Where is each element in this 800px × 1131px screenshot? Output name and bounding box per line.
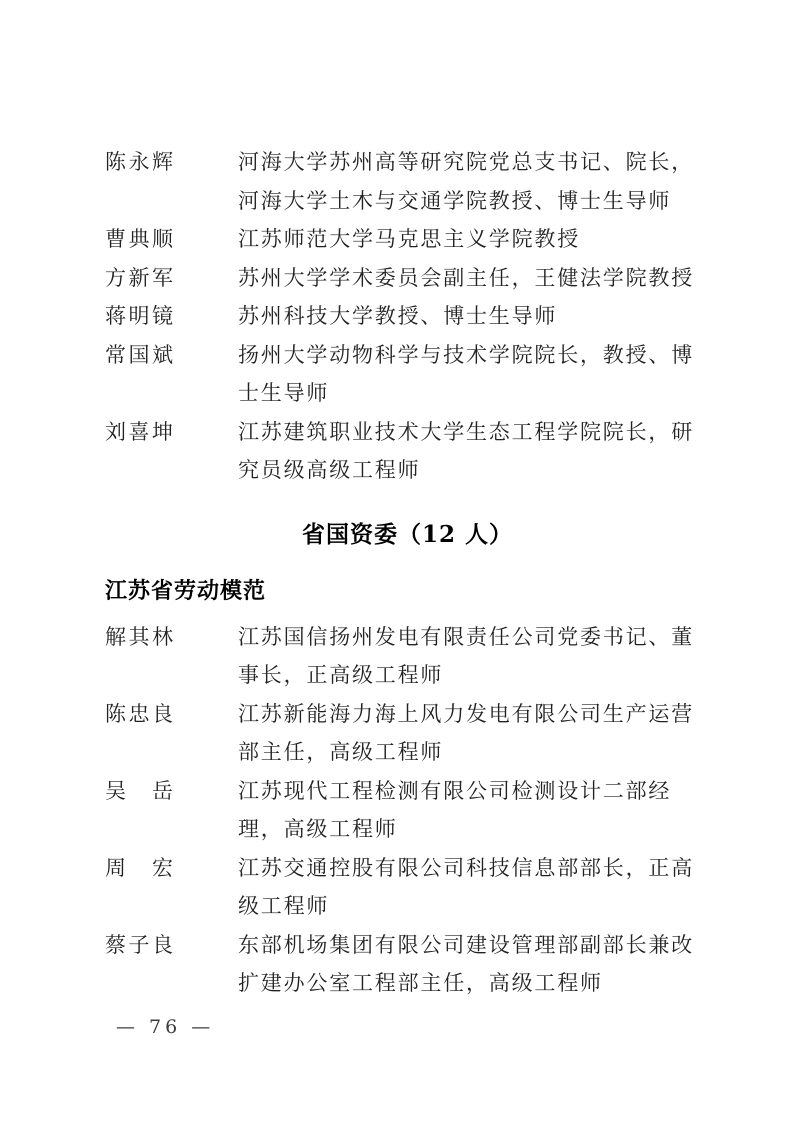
entry-description: 东部机场集团有限公司建设管理部副部长兼改 扩建办公室工程部主任，高级工程师: [238, 926, 710, 1003]
entry-name: 陈忠良: [105, 695, 238, 734]
entry-description-line: 江苏交通控股有限公司科技信息部部长，正高: [238, 849, 710, 888]
entry-description-line: 扬州大学动物科学与技术学院院长，教授、博: [238, 336, 710, 375]
entry: 陈忠良 江苏新能海力海上风力发电有限公司生产运营 部主任，高级工程师: [105, 695, 710, 772]
entry-name: 蒋明镜: [105, 297, 238, 336]
entry-description-line: 苏州大学学术委员会副主任，王健法学院教授: [238, 259, 710, 298]
entry-name: 周 宏: [105, 849, 238, 888]
entry-description-line: 究员级高级工程师: [238, 451, 710, 490]
page-content: 陈永辉 河海大学苏州高等研究院党总支书记、院长， 河海大学土木与交通学院教授、博…: [105, 143, 710, 1003]
entry-description: 江苏新能海力海上风力发电有限公司生产运营 部主任，高级工程师: [238, 695, 710, 772]
entry-name: 曹典顺: [105, 220, 238, 259]
entry-description-line: 江苏国信扬州发电有限责任公司党委书记、董: [238, 618, 710, 657]
entry-description-line: 江苏现代工程检测有限公司检测设计二部经: [238, 772, 710, 811]
section-heading: 省国资委（12 人）: [105, 516, 710, 555]
entry-description-line: 江苏建筑职业技术大学生态工程学院院长，研: [238, 413, 710, 452]
entry-description: 江苏国信扬州发电有限责任公司党委书记、董 事长，正高级工程师: [238, 618, 710, 695]
entry-name: 陈永辉: [105, 143, 238, 182]
entry-description: 河海大学苏州高等研究院党总支书记、院长， 河海大学土木与交通学院教授、博士生导师: [238, 143, 710, 220]
document-page: 陈永辉 河海大学苏州高等研究院党总支书记、院长， 河海大学土木与交通学院教授、博…: [0, 0, 800, 1131]
entry-list-universities: 陈永辉 河海大学苏州高等研究院党总支书记、院长， 河海大学土木与交通学院教授、博…: [105, 143, 710, 490]
entry: 蒋明镜 苏州科技大学教授、博士生导师: [105, 297, 710, 336]
entry-name: 蔡子良: [105, 926, 238, 965]
entry-name: 方新军: [105, 259, 238, 298]
entry-description-line: 级工程师: [238, 887, 710, 926]
entry: 吴 岳 江苏现代工程检测有限公司检测设计二部经 理，高级工程师: [105, 772, 710, 849]
entry-description: 江苏师范大学马克思主义学院教授: [238, 220, 710, 259]
entry: 方新军 苏州大学学术委员会副主任，王健法学院教授: [105, 259, 710, 298]
entry-description-line: 江苏新能海力海上风力发电有限公司生产运营: [238, 695, 710, 734]
entry-name: 解其林: [105, 618, 238, 657]
entry-description: 苏州科技大学教授、博士生导师: [238, 297, 710, 336]
entry-name: 刘喜坤: [105, 413, 238, 452]
subsection-heading: 江苏省劳动模范: [105, 573, 710, 612]
entry-description-line: 士生导师: [238, 374, 710, 413]
entry: 常国斌 扬州大学动物科学与技术学院院长，教授、博 士生导师: [105, 336, 710, 413]
entry-description-line: 河海大学苏州高等研究院党总支书记、院长，: [238, 143, 710, 182]
entry-description-line: 河海大学土木与交通学院教授、博士生导师: [238, 182, 710, 221]
entry-description: 苏州大学学术委员会副主任，王健法学院教授: [238, 259, 710, 298]
entry-description-line: 部主任，高级工程师: [238, 733, 710, 772]
entry: 陈永辉 河海大学苏州高等研究院党总支书记、院长， 河海大学土木与交通学院教授、博…: [105, 143, 710, 220]
entry-description-line: 理，高级工程师: [238, 810, 710, 849]
entry-name: 常国斌: [105, 336, 238, 375]
entry-description: 扬州大学动物科学与技术学院院长，教授、博 士生导师: [238, 336, 710, 413]
entry-description-line: 事长，正高级工程师: [238, 656, 710, 695]
entry: 曹典顺 江苏师范大学马克思主义学院教授: [105, 220, 710, 259]
entry-list-sasac: 解其林 江苏国信扬州发电有限责任公司党委书记、董 事长，正高级工程师 陈忠良 江…: [105, 618, 710, 1003]
entry: 刘喜坤 江苏建筑职业技术大学生态工程学院院长，研 究员级高级工程师: [105, 413, 710, 490]
page-number: — 76 —: [116, 1016, 214, 1038]
entry-description-line: 东部机场集团有限公司建设管理部副部长兼改: [238, 926, 710, 965]
entry-description: 江苏建筑职业技术大学生态工程学院院长，研 究员级高级工程师: [238, 413, 710, 490]
entry-name: 吴 岳: [105, 772, 238, 811]
entry-description-line: 扩建办公室工程部主任，高级工程师: [238, 964, 710, 1003]
entry-description-line: 苏州科技大学教授、博士生导师: [238, 297, 710, 336]
entry: 解其林 江苏国信扬州发电有限责任公司党委书记、董 事长，正高级工程师: [105, 618, 710, 695]
entry: 蔡子良 东部机场集团有限公司建设管理部副部长兼改 扩建办公室工程部主任，高级工程…: [105, 926, 710, 1003]
entry-description: 江苏现代工程检测有限公司检测设计二部经 理，高级工程师: [238, 772, 710, 849]
entry-description: 江苏交通控股有限公司科技信息部部长，正高 级工程师: [238, 849, 710, 926]
entry: 周 宏 江苏交通控股有限公司科技信息部部长，正高 级工程师: [105, 849, 710, 926]
entry-description-line: 江苏师范大学马克思主义学院教授: [238, 220, 710, 259]
